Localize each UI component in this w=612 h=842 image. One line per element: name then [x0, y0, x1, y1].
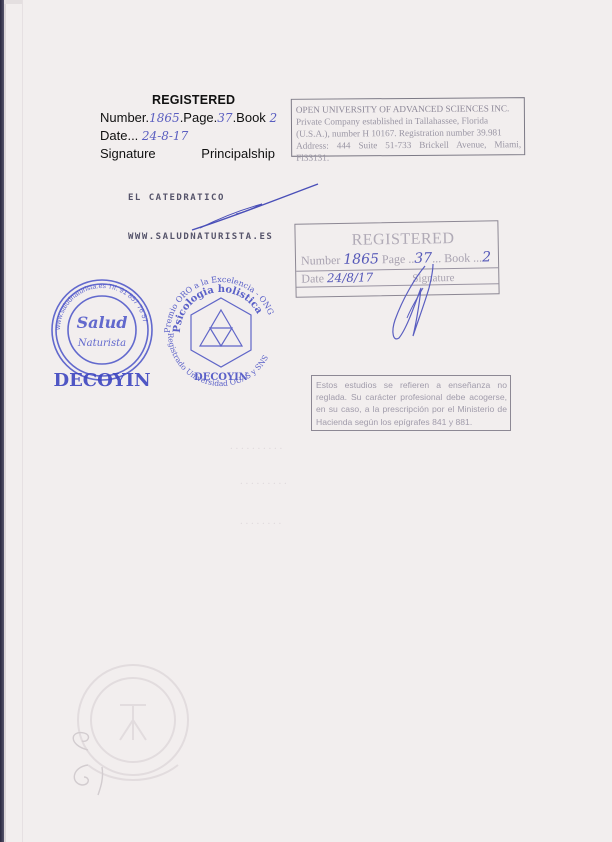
- page-corner: [4, 0, 22, 4]
- registered-block: REGISTERED Number.1865.Page.37.Book 2 Da…: [100, 92, 277, 162]
- principalship-label: Principalship: [201, 146, 275, 161]
- svg-text:DECOYIN: DECOYIN: [194, 372, 248, 383]
- notice-box: Estos estudios se refieren a enseñanza n…: [311, 375, 511, 431]
- handwritten-signature: [385, 258, 445, 348]
- box-date-label: Date: [301, 271, 324, 285]
- bleed-through-text: . . . . . . . . . .: [230, 440, 282, 452]
- svg-text:Salud: Salud: [77, 313, 128, 332]
- book-value: 2: [269, 111, 277, 125]
- registered-number-row: Number.1865.Page.37.Book 2: [100, 109, 277, 127]
- box-number-label: Number: [301, 253, 341, 268]
- signature-label: Signature: [100, 146, 156, 161]
- salud-naturista-seal: www.saludnaturista.es Tlf. 91 857 76 57 …: [48, 274, 156, 392]
- registered-title: REGISTERED: [152, 92, 277, 109]
- registered-date-row: Date... 24-8-17: [100, 127, 277, 145]
- scan-fold-shadow: [4, 0, 6, 842]
- bleed-through-text: . . . . . . . . .: [240, 475, 287, 487]
- registered-box-title: REGISTERED: [352, 230, 455, 250]
- open-university-stamp: OPEN UNIVERSITY OF ADVANCED SCIENCES INC…: [291, 97, 525, 157]
- page-value: 37: [217, 111, 232, 125]
- page-margin-line: [22, 0, 23, 842]
- registered-signature-row: Signature Principalship: [100, 145, 277, 162]
- svg-text:Naturista: Naturista: [77, 338, 126, 349]
- number-value: 1865: [149, 111, 180, 125]
- registered-box-date-row: Date 24/8/17: [301, 270, 373, 286]
- box-date-value: 24/8/17: [327, 270, 374, 285]
- number-label: Number.: [100, 110, 149, 125]
- embossed-seal: [58, 655, 218, 805]
- date-label: Date...: [100, 128, 138, 143]
- box-number-value: 1865: [343, 251, 379, 268]
- book-label: .Book: [233, 110, 266, 125]
- page-label: .Page.: [180, 110, 218, 125]
- box-book-value: 2: [482, 249, 491, 265]
- psicologia-holistica-seal: Premio ORO a la Excelencia - ONG Psicolo…: [160, 272, 282, 394]
- oua-line-4: Address: 444 Suite 51-733 Brickell Avenu…: [296, 138, 521, 164]
- bleed-through-text: . . . . . . . .: [240, 515, 281, 527]
- svg-text:DECOYIN: DECOYIN: [53, 370, 150, 391]
- date-value: 24-8-17: [142, 129, 188, 143]
